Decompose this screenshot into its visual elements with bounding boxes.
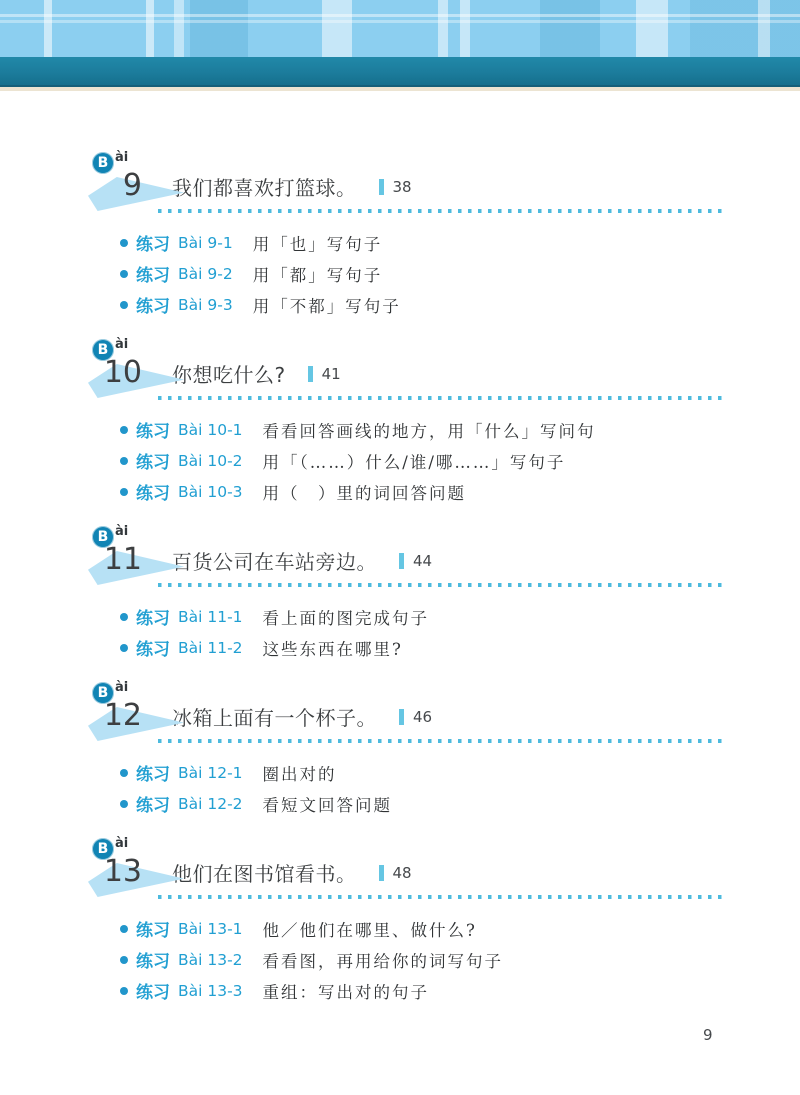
exercise-word: 练习 bbox=[136, 479, 170, 504]
exercise-description: 看上面的图完成句子 bbox=[263, 605, 430, 629]
exercise-id: Bài 12-1 bbox=[178, 764, 243, 782]
lesson-page-number: 48 bbox=[393, 864, 412, 882]
lesson-header: 13 他们在图书馆看书。 48 bbox=[92, 856, 800, 888]
lesson-page-number: 41 bbox=[322, 365, 341, 383]
lesson-page-ref: 44 bbox=[399, 552, 432, 570]
exercise-id: Bài 10-1 bbox=[178, 421, 243, 439]
lesson-number-wrap: 10 bbox=[92, 357, 142, 389]
lesson-header: 11 百货公司在车站旁边。 44 bbox=[92, 544, 800, 576]
bullet-icon bbox=[120, 769, 128, 777]
exercise-id: Bài 9-2 bbox=[178, 265, 233, 283]
lesson-title: 他们在图书馆看书。 bbox=[172, 858, 357, 887]
lesson-number-wrap: 12 bbox=[92, 700, 142, 732]
lesson-title: 百货公司在车站旁边。 bbox=[172, 546, 377, 575]
exercise-word: 练习 bbox=[136, 417, 170, 442]
bullet-icon bbox=[120, 426, 128, 434]
bai-letters-ai: ài bbox=[115, 836, 128, 851]
exercise-word: 练习 bbox=[136, 448, 170, 473]
lesson-block-12: B ài 12 冰箱上面有一个杯子。 46 练习 Bài 12-1 圈出对的 练… bbox=[92, 682, 800, 819]
lesson-number-wrap: 9 bbox=[92, 170, 142, 202]
exercise-list: 练习 Bài 9-1 用「也」写句子 练习 Bài 9-2 用「都」写句子 练习… bbox=[92, 227, 800, 320]
exercise-id: Bài 10-3 bbox=[178, 483, 243, 501]
bullet-icon bbox=[120, 925, 128, 933]
bai-circle-icon: B bbox=[92, 682, 114, 704]
bai-circle-icon: B bbox=[92, 152, 114, 174]
bai-circle-icon: B bbox=[92, 339, 114, 361]
exercise-row: 练习 Bài 13-3 重组：写出对的句子 bbox=[120, 975, 800, 1006]
exercise-row: 练习 Bài 9-1 用「也」写句子 bbox=[120, 227, 800, 258]
bai-badge: B ài bbox=[92, 838, 800, 860]
exercise-row: 练习 Bài 9-2 用「都」写句子 bbox=[120, 258, 800, 289]
exercise-list: 练习 Bài 12-1 圈出对的 练习 Bài 12-2 看短文回答问题 bbox=[92, 757, 800, 819]
teal-header-bar bbox=[0, 57, 800, 87]
exercise-description: 用「不都」写句子 bbox=[253, 293, 401, 317]
plaid-decorative-band bbox=[0, 0, 800, 57]
exercise-description: 圈出对的 bbox=[263, 761, 337, 785]
exercise-description: 他／他们在哪里、做什么? bbox=[263, 917, 477, 941]
bai-badge: B ài bbox=[92, 339, 800, 361]
exercise-word: 练习 bbox=[136, 261, 170, 286]
lesson-header: 9 我们都喜欢打篮球。 38 bbox=[92, 170, 800, 202]
bullet-icon bbox=[120, 613, 128, 621]
exercise-row: 练习 Bài 9-3 用「不都」写句子 bbox=[120, 289, 800, 320]
bullet-icon bbox=[120, 270, 128, 278]
exercise-id: Bài 10-2 bbox=[178, 452, 243, 470]
dotted-divider bbox=[158, 739, 722, 743]
lesson-page-number: 44 bbox=[413, 552, 432, 570]
exercise-id: Bài 9-3 bbox=[178, 296, 233, 314]
exercise-id: Bài 11-2 bbox=[178, 639, 243, 657]
exercise-description: 这些东西在哪里? bbox=[263, 636, 403, 660]
exercise-row: 练习 Bài 11-2 这些东西在哪里? bbox=[120, 632, 800, 663]
bai-letter-b: B bbox=[98, 530, 109, 544]
page-marker-icon bbox=[308, 366, 313, 382]
bai-letters-ai: ài bbox=[115, 680, 128, 695]
lesson-header: 10 你想吃什么? 41 bbox=[92, 357, 800, 389]
exercise-word: 练习 bbox=[136, 604, 170, 629]
exercise-word: 练习 bbox=[136, 947, 170, 972]
exercise-word: 练习 bbox=[136, 292, 170, 317]
bai-circle-icon: B bbox=[92, 526, 114, 548]
lesson-title: 冰箱上面有一个杯子。 bbox=[172, 702, 377, 731]
exercise-row: 练习 Bài 11-1 看上面的图完成句子 bbox=[120, 601, 800, 632]
exercise-row: 练习 Bài 10-1 看看回答画线的地方，用「什么」写问句 bbox=[120, 414, 800, 445]
book-page: B ài 9 我们都喜欢打篮球。 38 练习 Bài 9-1 用「也」写句子 练… bbox=[0, 0, 800, 1095]
exercise-id: Bài 13-3 bbox=[178, 982, 243, 1000]
dotted-divider bbox=[158, 209, 722, 213]
exercise-description: 用（ ）里的词回答问题 bbox=[263, 480, 467, 504]
bai-letters-ai: ài bbox=[115, 337, 128, 352]
exercise-description: 用「都」写句子 bbox=[253, 262, 383, 286]
exercise-description: 看看回答画线的地方，用「什么」写问句 bbox=[263, 418, 596, 442]
exercise-list: 练习 Bài 10-1 看看回答画线的地方，用「什么」写问句 练习 Bài 10… bbox=[92, 414, 800, 507]
lesson-page-ref: 38 bbox=[379, 178, 412, 196]
exercise-description: 看看图，再用给你的词写句子 bbox=[263, 948, 504, 972]
exercise-description: 看短文回答问题 bbox=[263, 792, 393, 816]
exercise-list: 练习 Bài 13-1 他／他们在哪里、做什么? 练习 Bài 13-2 看看图… bbox=[92, 913, 800, 1006]
exercise-id: Bài 9-1 bbox=[178, 234, 233, 252]
bai-letter-b: B bbox=[98, 156, 109, 170]
bai-badge: B ài bbox=[92, 682, 800, 704]
bai-letter-b: B bbox=[98, 343, 109, 357]
bai-letter-b: B bbox=[98, 686, 109, 700]
page-marker-icon bbox=[379, 179, 384, 195]
dotted-divider bbox=[158, 396, 722, 400]
exercise-row: 练习 Bài 10-3 用（ ）里的词回答问题 bbox=[120, 476, 800, 507]
page-marker-icon bbox=[399, 709, 404, 725]
exercise-word: 练习 bbox=[136, 760, 170, 785]
lesson-page-number: 46 bbox=[413, 708, 432, 726]
lesson-header: 12 冰箱上面有一个杯子。 46 bbox=[92, 700, 800, 732]
lesson-block-9: B ài 9 我们都喜欢打篮球。 38 练习 Bài 9-1 用「也」写句子 练… bbox=[92, 152, 800, 320]
bai-circle-icon: B bbox=[92, 838, 114, 860]
lesson-title: 你想吃什么? bbox=[172, 359, 286, 388]
exercise-word: 练习 bbox=[136, 791, 170, 816]
exercise-description: 用「也」写句子 bbox=[253, 231, 383, 255]
exercise-word: 练习 bbox=[136, 635, 170, 660]
lesson-page-ref: 41 bbox=[308, 365, 341, 383]
bullet-icon bbox=[120, 956, 128, 964]
exercise-row: 练习 Bài 12-1 圈出对的 bbox=[120, 757, 800, 788]
lesson-block-13: B ài 13 他们在图书馆看书。 48 练习 Bài 13-1 他／他们在哪里… bbox=[92, 838, 800, 1006]
bai-letters-ai: ài bbox=[115, 150, 128, 165]
bullet-icon bbox=[120, 301, 128, 309]
exercise-word: 练习 bbox=[136, 916, 170, 941]
exercise-id: Bài 12-2 bbox=[178, 795, 243, 813]
exercise-row: 练习 Bài 12-2 看短文回答问题 bbox=[120, 788, 800, 819]
dotted-divider bbox=[158, 583, 722, 587]
exercise-row: 练习 Bài 10-2 用「（……）什么/谁/哪……」写句子 bbox=[120, 445, 800, 476]
lesson-title: 我们都喜欢打篮球。 bbox=[172, 172, 357, 201]
exercise-id: Bài 13-1 bbox=[178, 920, 243, 938]
table-of-contents: B ài 9 我们都喜欢打篮球。 38 练习 Bài 9-1 用「也」写句子 练… bbox=[0, 91, 800, 1006]
bai-badge: B ài bbox=[92, 526, 800, 548]
exercise-word: 练习 bbox=[136, 978, 170, 1003]
bai-badge: B ài bbox=[92, 152, 800, 174]
lesson-number-wrap: 13 bbox=[92, 856, 142, 888]
lesson-number-wrap: 11 bbox=[92, 544, 142, 576]
page-marker-icon bbox=[399, 553, 404, 569]
lesson-block-10: B ài 10 你想吃什么? 41 练习 Bài 10-1 看看回答画线的地方，… bbox=[92, 339, 800, 507]
lesson-block-11: B ài 11 百货公司在车站旁边。 44 练习 Bài 11-1 看上面的图完… bbox=[92, 526, 800, 663]
bai-letters-ai: ài bbox=[115, 524, 128, 539]
exercise-description: 用「（……）什么/谁/哪……」写句子 bbox=[263, 449, 566, 473]
dotted-divider bbox=[158, 895, 722, 899]
bai-letter-b: B bbox=[98, 842, 109, 856]
exercise-id: Bài 11-1 bbox=[178, 608, 243, 626]
bullet-icon bbox=[120, 987, 128, 995]
page-marker-icon bbox=[379, 865, 384, 881]
lesson-page-ref: 46 bbox=[399, 708, 432, 726]
bullet-icon bbox=[120, 239, 128, 247]
exercise-description: 重组：写出对的句子 bbox=[263, 979, 430, 1003]
exercise-row: 练习 Bài 13-1 他／他们在哪里、做什么? bbox=[120, 913, 800, 944]
exercise-list: 练习 Bài 11-1 看上面的图完成句子 练习 Bài 11-2 这些东西在哪… bbox=[92, 601, 800, 663]
bullet-icon bbox=[120, 800, 128, 808]
exercise-row: 练习 Bài 13-2 看看图，再用给你的词写句子 bbox=[120, 944, 800, 975]
page-number: 9 bbox=[703, 1026, 713, 1044]
bullet-icon bbox=[120, 488, 128, 496]
exercise-word: 练习 bbox=[136, 230, 170, 255]
exercise-id: Bài 13-2 bbox=[178, 951, 243, 969]
bullet-icon bbox=[120, 644, 128, 652]
lesson-page-ref: 48 bbox=[379, 864, 412, 882]
bullet-icon bbox=[120, 457, 128, 465]
lesson-page-number: 38 bbox=[393, 178, 412, 196]
